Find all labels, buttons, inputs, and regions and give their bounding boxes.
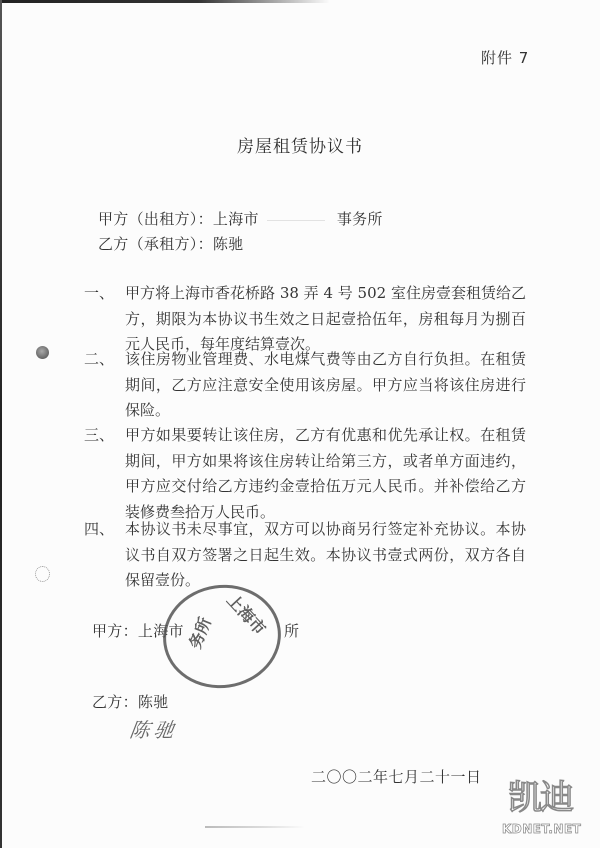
punch-hole-icon — [36, 346, 49, 359]
party-b-signature-line: 乙方：陈驰 — [92, 691, 169, 712]
clause-2: 二、 该住房物业管理费、水电煤气费等由乙方自行负担。在租赁期间，乙方应注意安全使… — [86, 347, 526, 424]
scan-top-edge — [0, 0, 330, 3]
document-title: 房屋租赁协议书 — [0, 132, 600, 157]
redaction-block — [259, 213, 337, 227]
clause-text: 甲方如果要转让该住房，乙方有优惠和优先承让权。在租赁期间，甲方如果将该住房转让给… — [125, 423, 526, 525]
clause-number: 一、 — [84, 281, 114, 307]
handwritten-signature: 陈驰 — [128, 714, 180, 743]
clause-number: 三、 — [84, 423, 114, 449]
stamp-text-left: 务所 — [183, 613, 216, 651]
party-a-name-suffix: 事务所 — [337, 210, 383, 228]
clause-3: 三、 甲方如果要转让该住房，乙方有优惠和优先承让权。在租赁期间，甲方如果将该住房… — [86, 423, 526, 525]
clause-text: 本协议书未尽事宜，双方可以协商另行签定补充协议。本协议书自双方签署之日起生效。本… — [125, 517, 526, 594]
clause-number: 四、 — [84, 517, 114, 543]
watermark-site: KDNET.NET — [502, 822, 581, 836]
stamp-text-right: 上海市 — [222, 588, 272, 639]
clause-4: 四、 本协议书未尽事宜，双方可以协商另行签定补充协议。本协议书自双方签署之日起生… — [86, 517, 526, 594]
party-a-signature-suffix: 所 — [284, 620, 299, 641]
kdnet-watermark: 凯迪 KDNET.NET — [500, 770, 595, 840]
scan-artifact-line — [205, 826, 305, 828]
scanned-document-page: 附件 7 房屋租赁协议书 甲方（出租方）：上海市事务所 乙方（承租方）：陈驰 一… — [0, 0, 600, 848]
party-a-line: 甲方（出租方）：上海市事务所 — [98, 208, 383, 229]
party-b-name: 陈驰 — [213, 235, 244, 253]
party-b-line: 乙方（承租方）：陈驰 — [98, 233, 244, 254]
scan-left-edge — [0, 0, 2, 848]
clause-number: 二、 — [84, 347, 114, 373]
punch-hole-outline-icon — [35, 566, 50, 582]
party-a-label: 甲方（出租方）： — [98, 210, 213, 228]
party-a-name-prefix: 上海市 — [213, 210, 259, 228]
official-seal-stamp: 务所 上海市 — [156, 577, 287, 695]
attachment-label: 附件 7 — [481, 47, 529, 68]
document-date: 二〇〇二年七月二十一日 — [311, 766, 482, 787]
party-b-label: 乙方（承租方）： — [98, 235, 213, 253]
clause-text: 该住房物业管理费、水电煤气费等由乙方自行负担。在租赁期间，乙方应注意安全使用该房… — [125, 347, 526, 424]
watermark-logo: 凯迪 — [508, 770, 572, 819]
